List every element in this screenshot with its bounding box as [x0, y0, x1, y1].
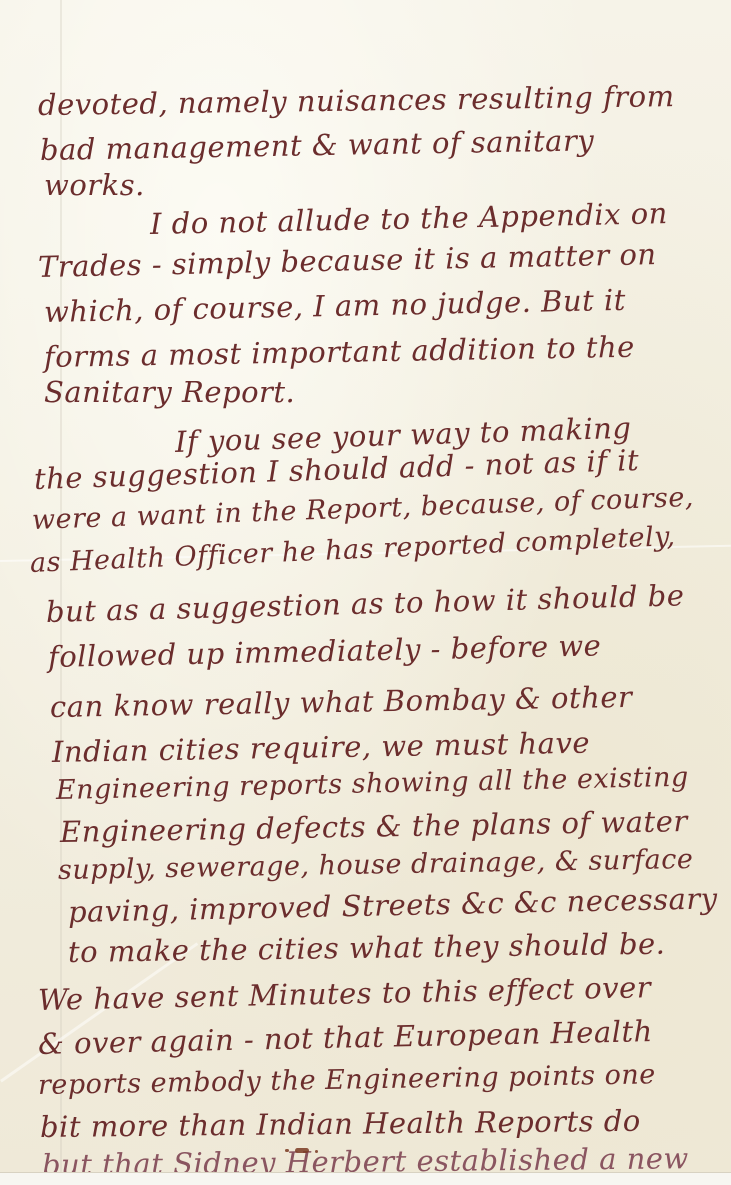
text-line: to make the cities what they should be. [68, 927, 666, 969]
text-line: & over again - not that European Health [38, 1014, 653, 1061]
text-line: works. [44, 168, 145, 202]
text-line: followed up immediately - before we [48, 628, 602, 674]
text-line: devoted, namely nuisances resulting from [38, 79, 675, 122]
ink-blot [285, 1149, 289, 1152]
letter-page: devoted, namely nuisances resulting from… [0, 0, 731, 1185]
text-line: Engineering defects & the plans of water [60, 804, 688, 849]
text-line: bad management & want of sanitary [40, 123, 595, 167]
text-line: can know really what Bombay & other [50, 680, 633, 724]
text-line: We have sent Minutes to this effect over [38, 970, 652, 1017]
text-line: forms a most important addition to the [44, 330, 635, 374]
text-line: paving, improved Streets &c &c necessary [68, 881, 718, 929]
text-line: Trades - simply because it is a matter o… [38, 237, 657, 284]
ink-blot [295, 1148, 309, 1153]
text-line: Indian cities require, we must have [52, 726, 591, 769]
text-line: supply, sewerage, house drainage, & surf… [58, 844, 694, 886]
text-line: but as a suggestion as to how it should … [46, 578, 685, 629]
text-line: reports embody the Engineering points on… [38, 1059, 656, 1101]
text-line: bit more than Indian Health Reports do [40, 1104, 641, 1144]
text-line: Engineering reports showing all the exis… [56, 762, 689, 806]
text-line: I do not allude to the Appendix on [150, 196, 668, 241]
ink-blot [315, 1150, 318, 1153]
text-line: which, of course, I am no judge. But it [44, 283, 627, 329]
page-edge [0, 1172, 731, 1185]
text-line: Sanitary Report. [44, 375, 295, 409]
